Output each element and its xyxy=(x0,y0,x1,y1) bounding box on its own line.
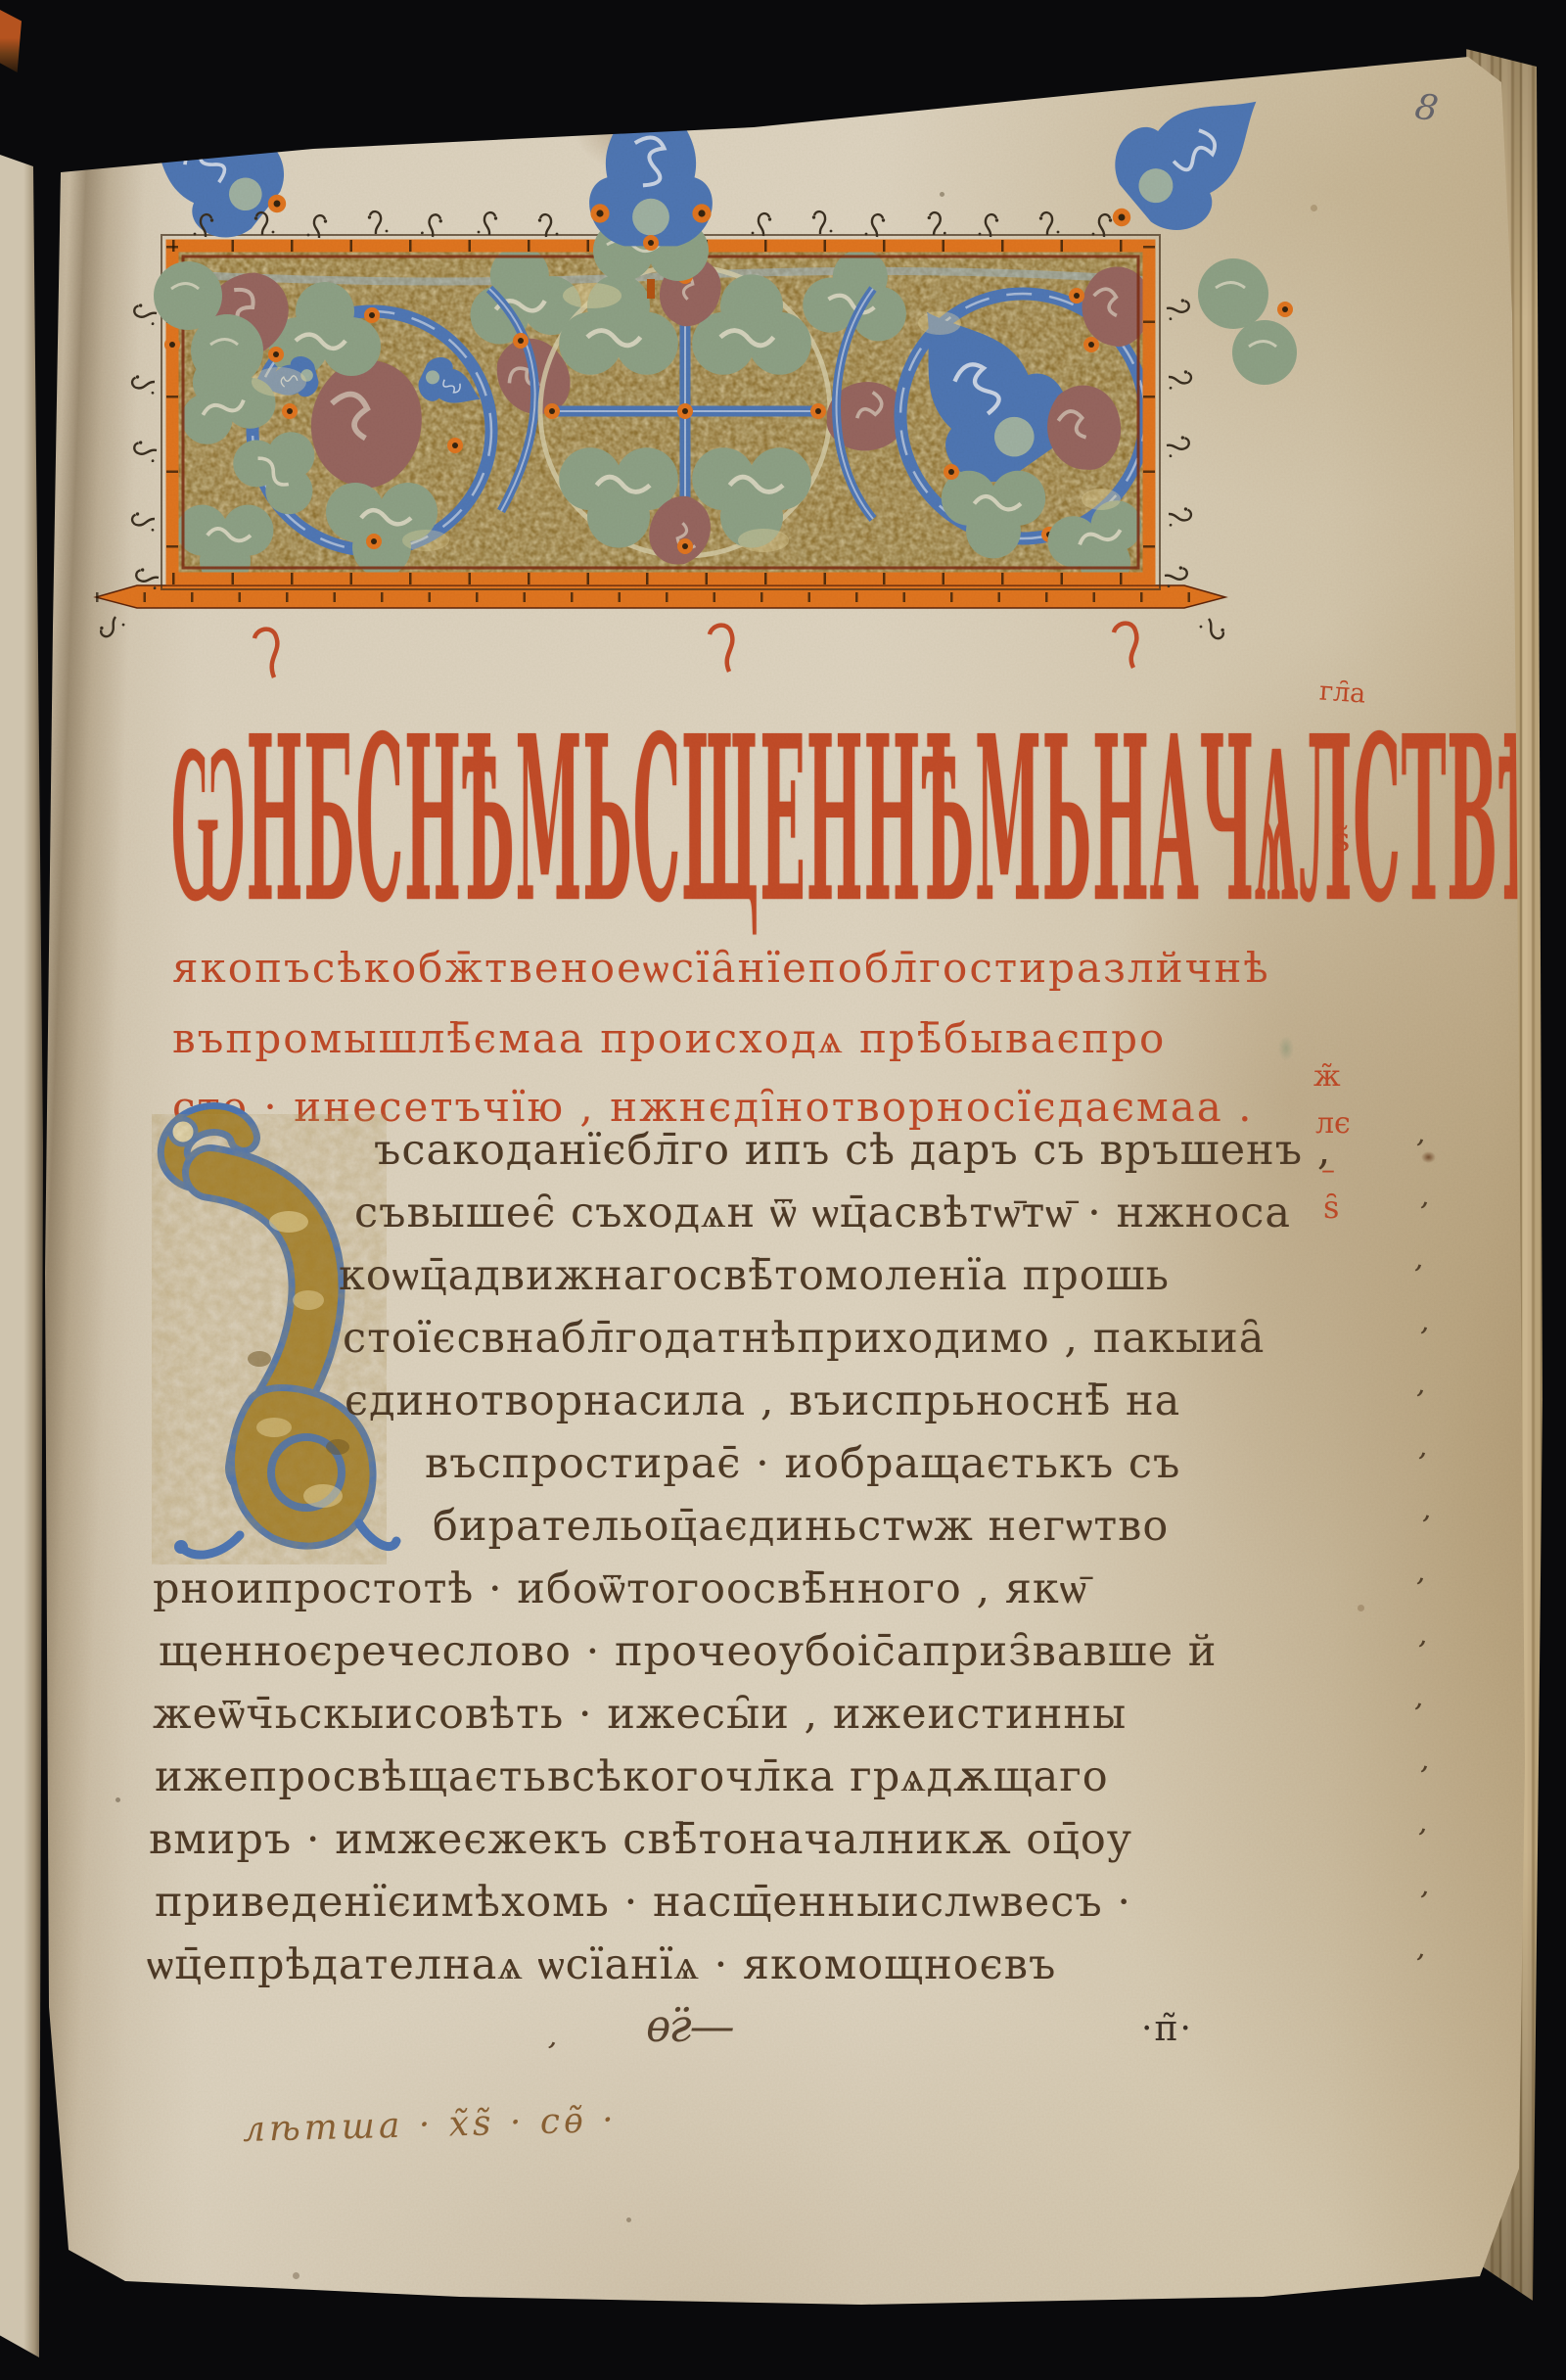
margin-note-mid-4: ѕ̑ xyxy=(1323,1189,1339,1226)
body-line: приведенїєимѣхомь · насщ̄енныислѡвесъ · xyxy=(155,1878,1131,1927)
body-line: жеѿч̄ьскыисовѣть · ижесы̑и , ижеистинны xyxy=(153,1690,1127,1739)
facing-page-sliver xyxy=(0,155,43,2357)
line-end-mark: ’ xyxy=(1415,1509,1433,1544)
folio-number: 8 xyxy=(1412,86,1441,129)
margin-note-mid-2: лє xyxy=(1315,1106,1351,1141)
body-line: ѡц̄епрѣдателнаѧ ѡсїанїѧ · якомощноєвъ xyxy=(147,1940,1056,1989)
body-line: стоїєсвнабл̄годатнѣприходимо , пакыиа̑ xyxy=(343,1314,1265,1363)
quire-number: ·п̃· xyxy=(1141,2009,1193,2049)
rubric-line: якопъсѣкобж̄твеноеѡсїа̑нїепобл̄гостиразл… xyxy=(172,944,1270,993)
body-line: рноипростотѣ · ибоѿтогоосвѣ̄нного , якѡ̄ xyxy=(153,1564,1087,1613)
margin-note-mid-3: – xyxy=(1321,1153,1335,1186)
rubric-line: въпромышлѣ̄ємаа происходѧ прѣ̄бываєпро xyxy=(172,1014,1166,1063)
margin-note-number: ѕ̃ xyxy=(1333,820,1350,860)
line-end-mark: ’ xyxy=(1409,1571,1427,1607)
body-line: ижепросвѣщаєтьвсѣкогочл̄ка грѧдѫщаго xyxy=(155,1752,1109,1801)
line-end-mark: ’ xyxy=(1409,1947,1427,1983)
body-line: щенноєречеслово · прочеоубоіс̄априз̑вавш… xyxy=(159,1627,1217,1676)
line-end-mark: ’ xyxy=(1413,1885,1431,1920)
footer-center-mark: ѳг̈— xyxy=(646,1999,733,2052)
line-end-mark: ’ xyxy=(1411,1634,1429,1669)
body-line: съвышеє̑ съходѧн ѿ ѡц̄асвѣтѡ̄тѡ̄ · нжнос… xyxy=(354,1189,1291,1237)
specks xyxy=(0,0,5,5)
manuscript-page: 8 xyxy=(0,0,1566,2380)
headpiece-ornament xyxy=(78,88,1312,617)
binding-fleck xyxy=(0,10,22,72)
body-line: єдинотворнасила , въиспрьноснѣ̄ на xyxy=(345,1377,1180,1425)
body-line: въспростирає̄ · иобращаєтькъ съ xyxy=(425,1439,1180,1488)
line-end-mark: ’ xyxy=(1407,1697,1425,1732)
line-end-mark: ’ xyxy=(1413,1759,1431,1795)
date-annotation: лѣтша · х̃ѕ̃ · сѳ̃ · xyxy=(243,2100,619,2150)
body-line: вмиръ · имжеєжекъ свѣ̄тоначалникѫ оц̄оу xyxy=(149,1815,1132,1864)
footer-tick-mark: ’ xyxy=(538,2035,559,2071)
stain xyxy=(1278,1036,1294,1061)
body-line: бирательоц̄аєдиньстѡж негѡтво xyxy=(433,1502,1169,1551)
manuscript-photo: { "page": { "folio_number": "8" }, "titl… xyxy=(0,0,1566,2380)
body-line: ъсакоданїєбл̄го ипъ сѣ даръ съ връшенъ , xyxy=(374,1126,1331,1175)
body-line: коѡц̄адвижнагосвѣ̄томоленїа прошь xyxy=(339,1251,1170,1300)
margin-note-mid-1: ж̃ xyxy=(1313,1059,1341,1094)
vyaz-title: ѠНБСНѢМЬСЩЕННѢМЬНАЧѦЛСТВѢ xyxy=(170,685,1254,954)
line-end-mark: ’ xyxy=(1411,1822,1429,1857)
stain xyxy=(1421,1151,1436,1163)
margin-note-chapter: гл̑а xyxy=(1318,676,1366,709)
